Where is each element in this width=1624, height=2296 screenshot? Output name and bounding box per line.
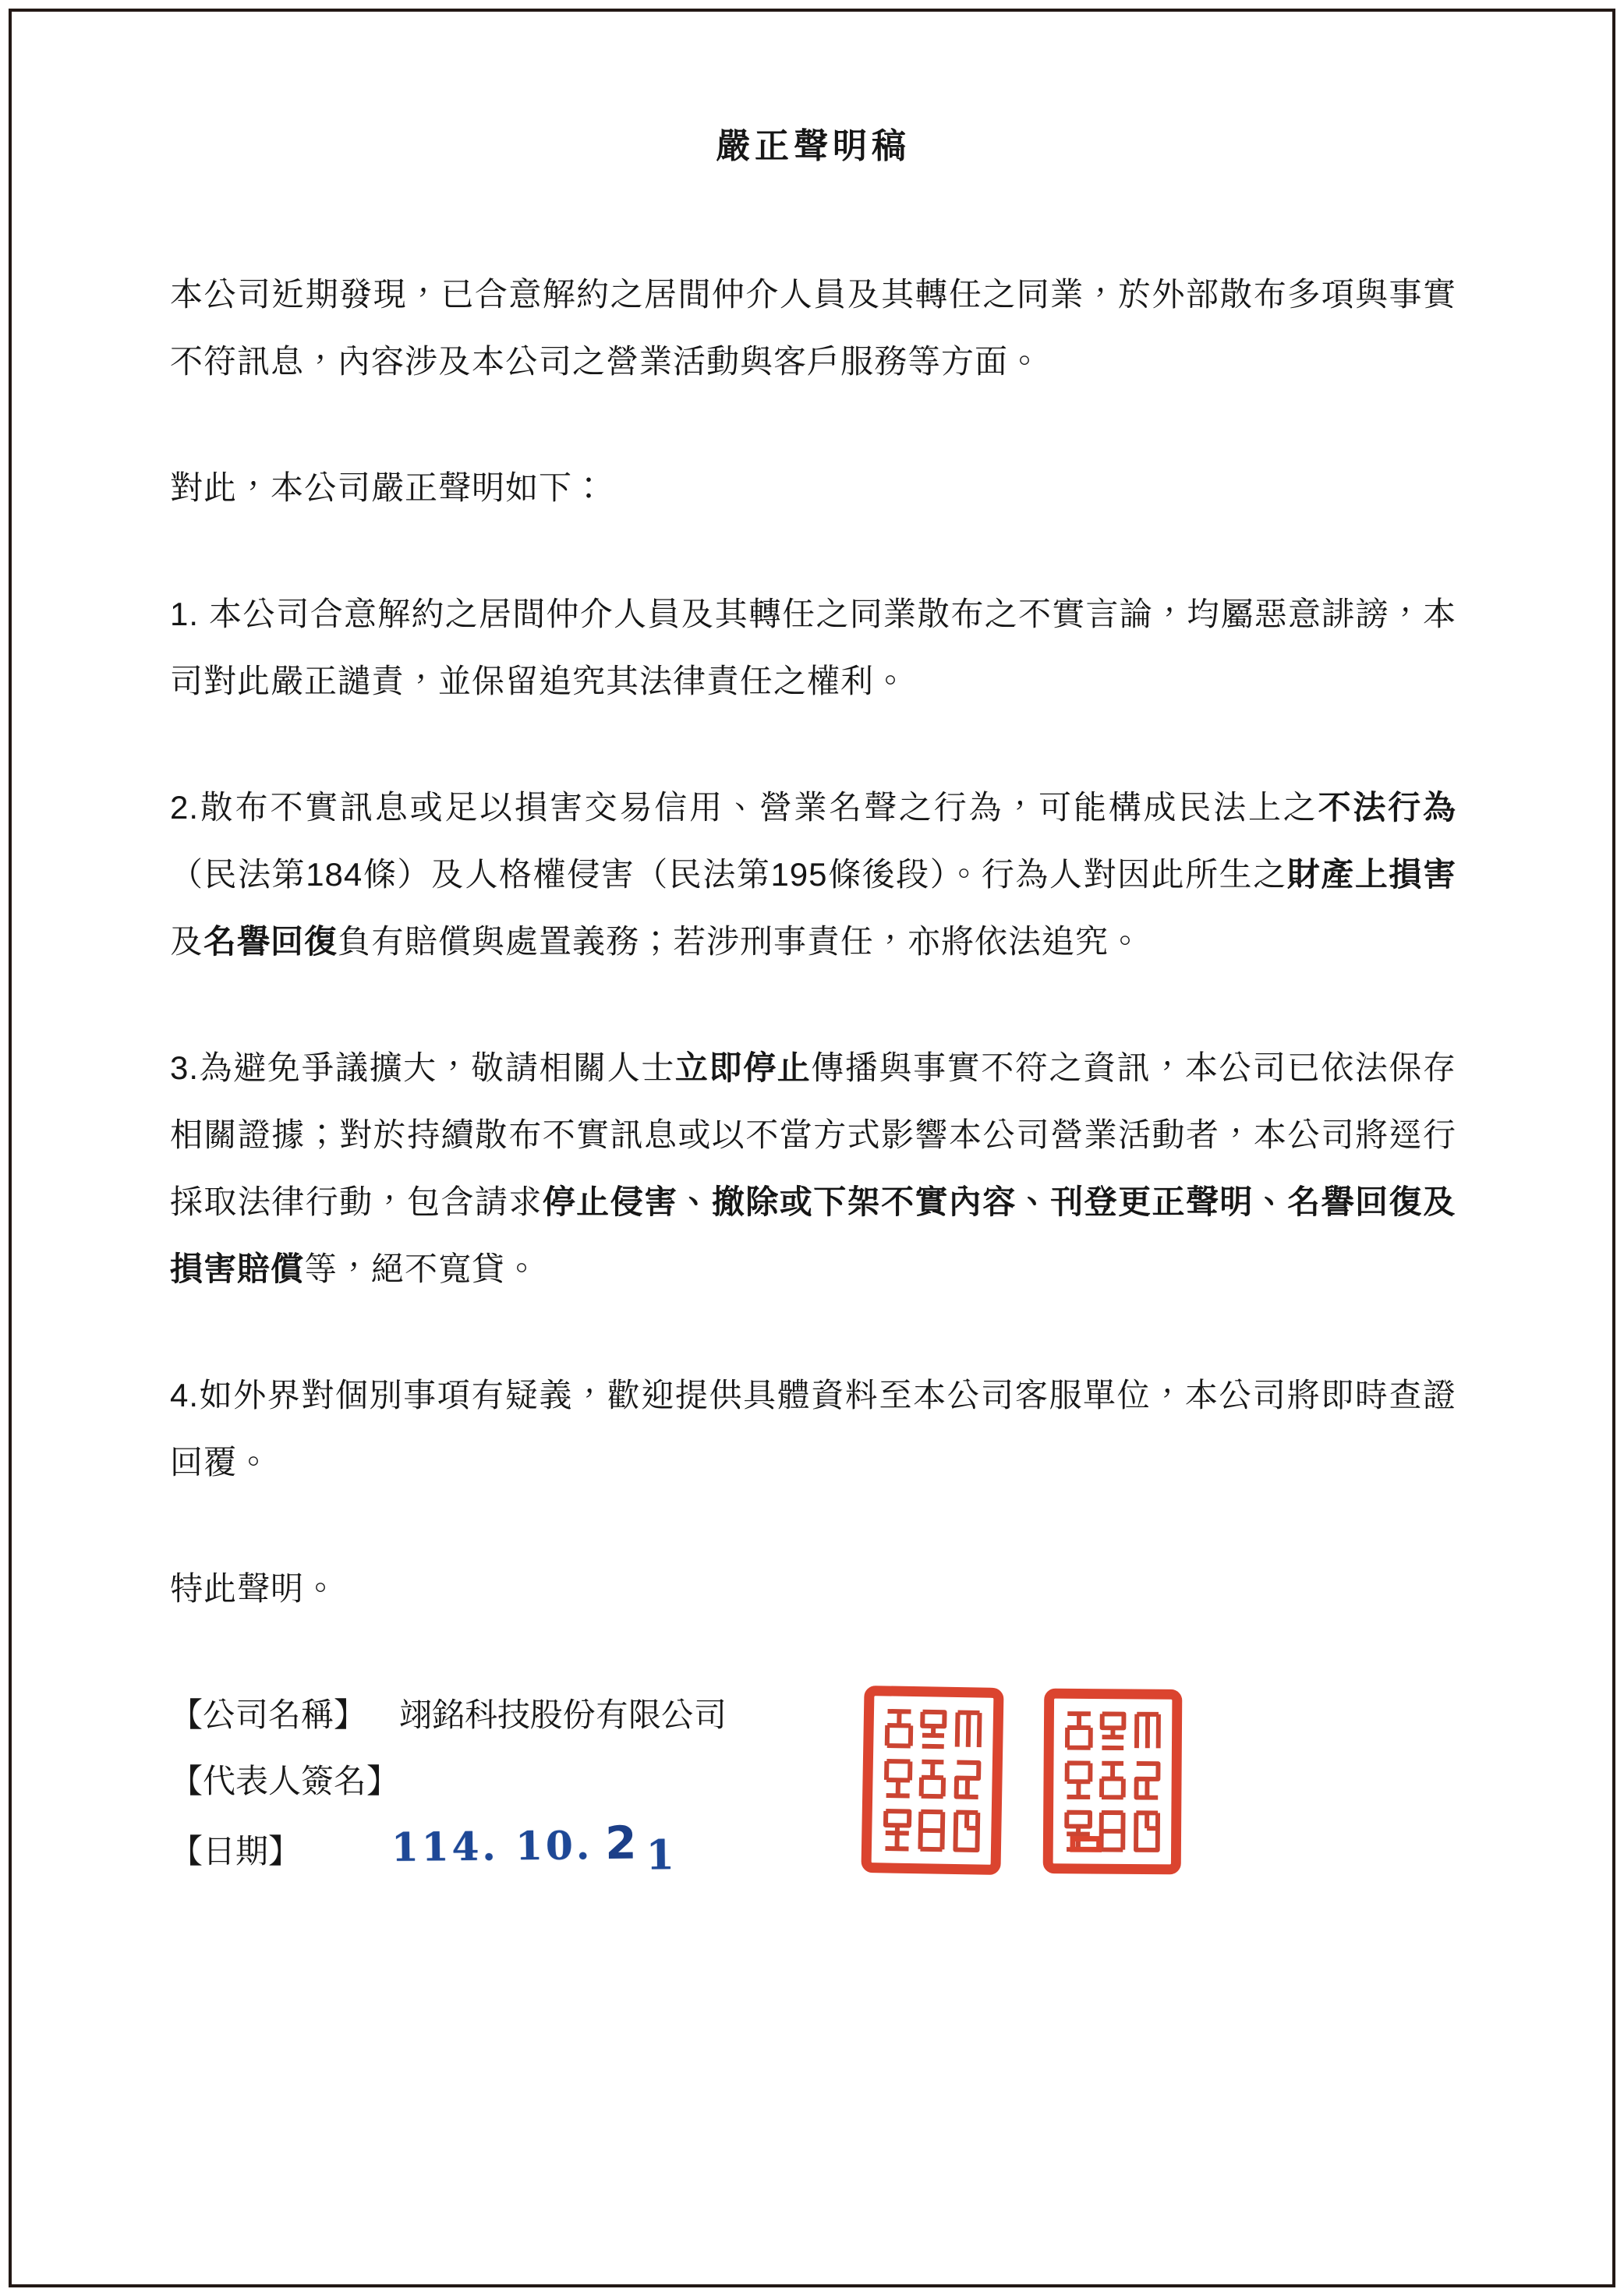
- statement-text: 負有賠償與處置義務；若涉刑事責任，亦將依法追究。: [338, 923, 1142, 960]
- statement-text-bold: 立即停止: [675, 1049, 811, 1086]
- statement-text-bold: 不法行為: [1318, 789, 1456, 826]
- date-stamp-day-digit-1: 2: [605, 1817, 637, 1870]
- representative-signature-label: 【代表人簽名】: [170, 1763, 399, 1799]
- date-ink-stamp: 114. 10.21: [391, 1810, 675, 1883]
- statement-paragraph: 對此，本公司嚴正聲明如下：: [170, 455, 1456, 522]
- company-seal-right-icon: [1042, 1686, 1184, 1877]
- statement-paragraph: 特此聲明。: [170, 1555, 1456, 1622]
- statement-paragraph: 2.散布不實訊息或足以損害交易信用、營業名聲之行為，可能構成民法上之不法行為（民…: [170, 774, 1456, 975]
- statement-paragraph: 4.如外界對個別事項有疑義，歡迎提供具體資料至本公司客服單位，本公司將即時查證回…: [170, 1362, 1456, 1496]
- statement-text: （民法第184條）及人格權侵害（民法第195條後段）。行為人對因此所生之: [170, 856, 1287, 893]
- date-stamp-day-digit-2: 1: [646, 1831, 674, 1879]
- company-name-row: 【公司名稱】翊銘科技股份有限公司: [170, 1682, 1456, 1748]
- document-title: 嚴正聲明稿: [170, 113, 1456, 180]
- representative-signature-row: 【代表人簽名】: [170, 1748, 1456, 1814]
- company-seal-left-icon: [860, 1684, 1005, 1876]
- statement-text-bold: 財產上損害: [1287, 856, 1456, 893]
- company-name-label: 【公司名稱】: [170, 1696, 366, 1733]
- date-label: 【日期】: [170, 1833, 301, 1870]
- statement-text: 特此聲明。: [170, 1570, 338, 1607]
- statement-text: 2.散布不實訊息或足以損害交易信用、營業名聲之行為，可能構成民法上之: [170, 789, 1318, 826]
- statement-text: 對此，本公司嚴正聲明如下：: [170, 469, 606, 506]
- statement-body: 本公司近期發現，已合意解約之居間仲介人員及其轉任之同業，於外部散布多項與事實不符…: [170, 261, 1456, 1622]
- statement-text: 本公司近期發現，已合意解約之居間仲介人員及其轉任之同業，於外部散布多項與事實不符…: [170, 276, 1456, 380]
- document-content: 嚴正聲明稿 本公司近期發現，已合意解約之居間仲介人員及其轉任之同業，於外部散布多…: [170, 113, 1456, 1884]
- statement-paragraph: 本公司近期發現，已合意解約之居間仲介人員及其轉任之同業，於外部散布多項與事實不符…: [170, 261, 1456, 395]
- statement-text: 及: [170, 923, 203, 960]
- statement-text: 1. 本公司合意解約之居間仲介人員及其轉任之同業散布之不實言論，均屬惡意誹謗，本…: [170, 596, 1456, 699]
- signature-block: 【公司名稱】翊銘科技股份有限公司 【代表人簽名】 【日期】114. 10.21: [170, 1682, 1456, 1884]
- statement-text: 等，絕不寬貸。: [304, 1251, 539, 1287]
- statement-paragraph: 3.為避免爭議擴大，敬請相關人士立即停止傳播與事實不符之資訊，本公司已依法保存相…: [170, 1035, 1456, 1303]
- date-stamp-year-month: 114. 10.: [391, 1822, 593, 1870]
- date-row: 【日期】114. 10.21: [170, 1814, 1456, 1884]
- statement-text-bold: 名譽回復: [203, 923, 338, 960]
- statement-paragraph: 1. 本公司合意解約之居間仲介人員及其轉任之同業散布之不實言論，均屬惡意誹謗，本…: [170, 581, 1456, 715]
- company-name-value: 翊銘科技股份有限公司: [399, 1696, 727, 1733]
- statement-text: 3.為避免爭議擴大，敬請相關人士: [170, 1049, 675, 1086]
- statement-text: 4.如外界對個別事項有疑義，歡迎提供具體資料至本公司客服單位，本公司將即時查證回…: [170, 1377, 1456, 1481]
- statement-document-page: 嚴正聲明稿 本公司近期發現，已合意解約之居間仲介人員及其轉任之同業，於外部散布多…: [0, 0, 1624, 2296]
